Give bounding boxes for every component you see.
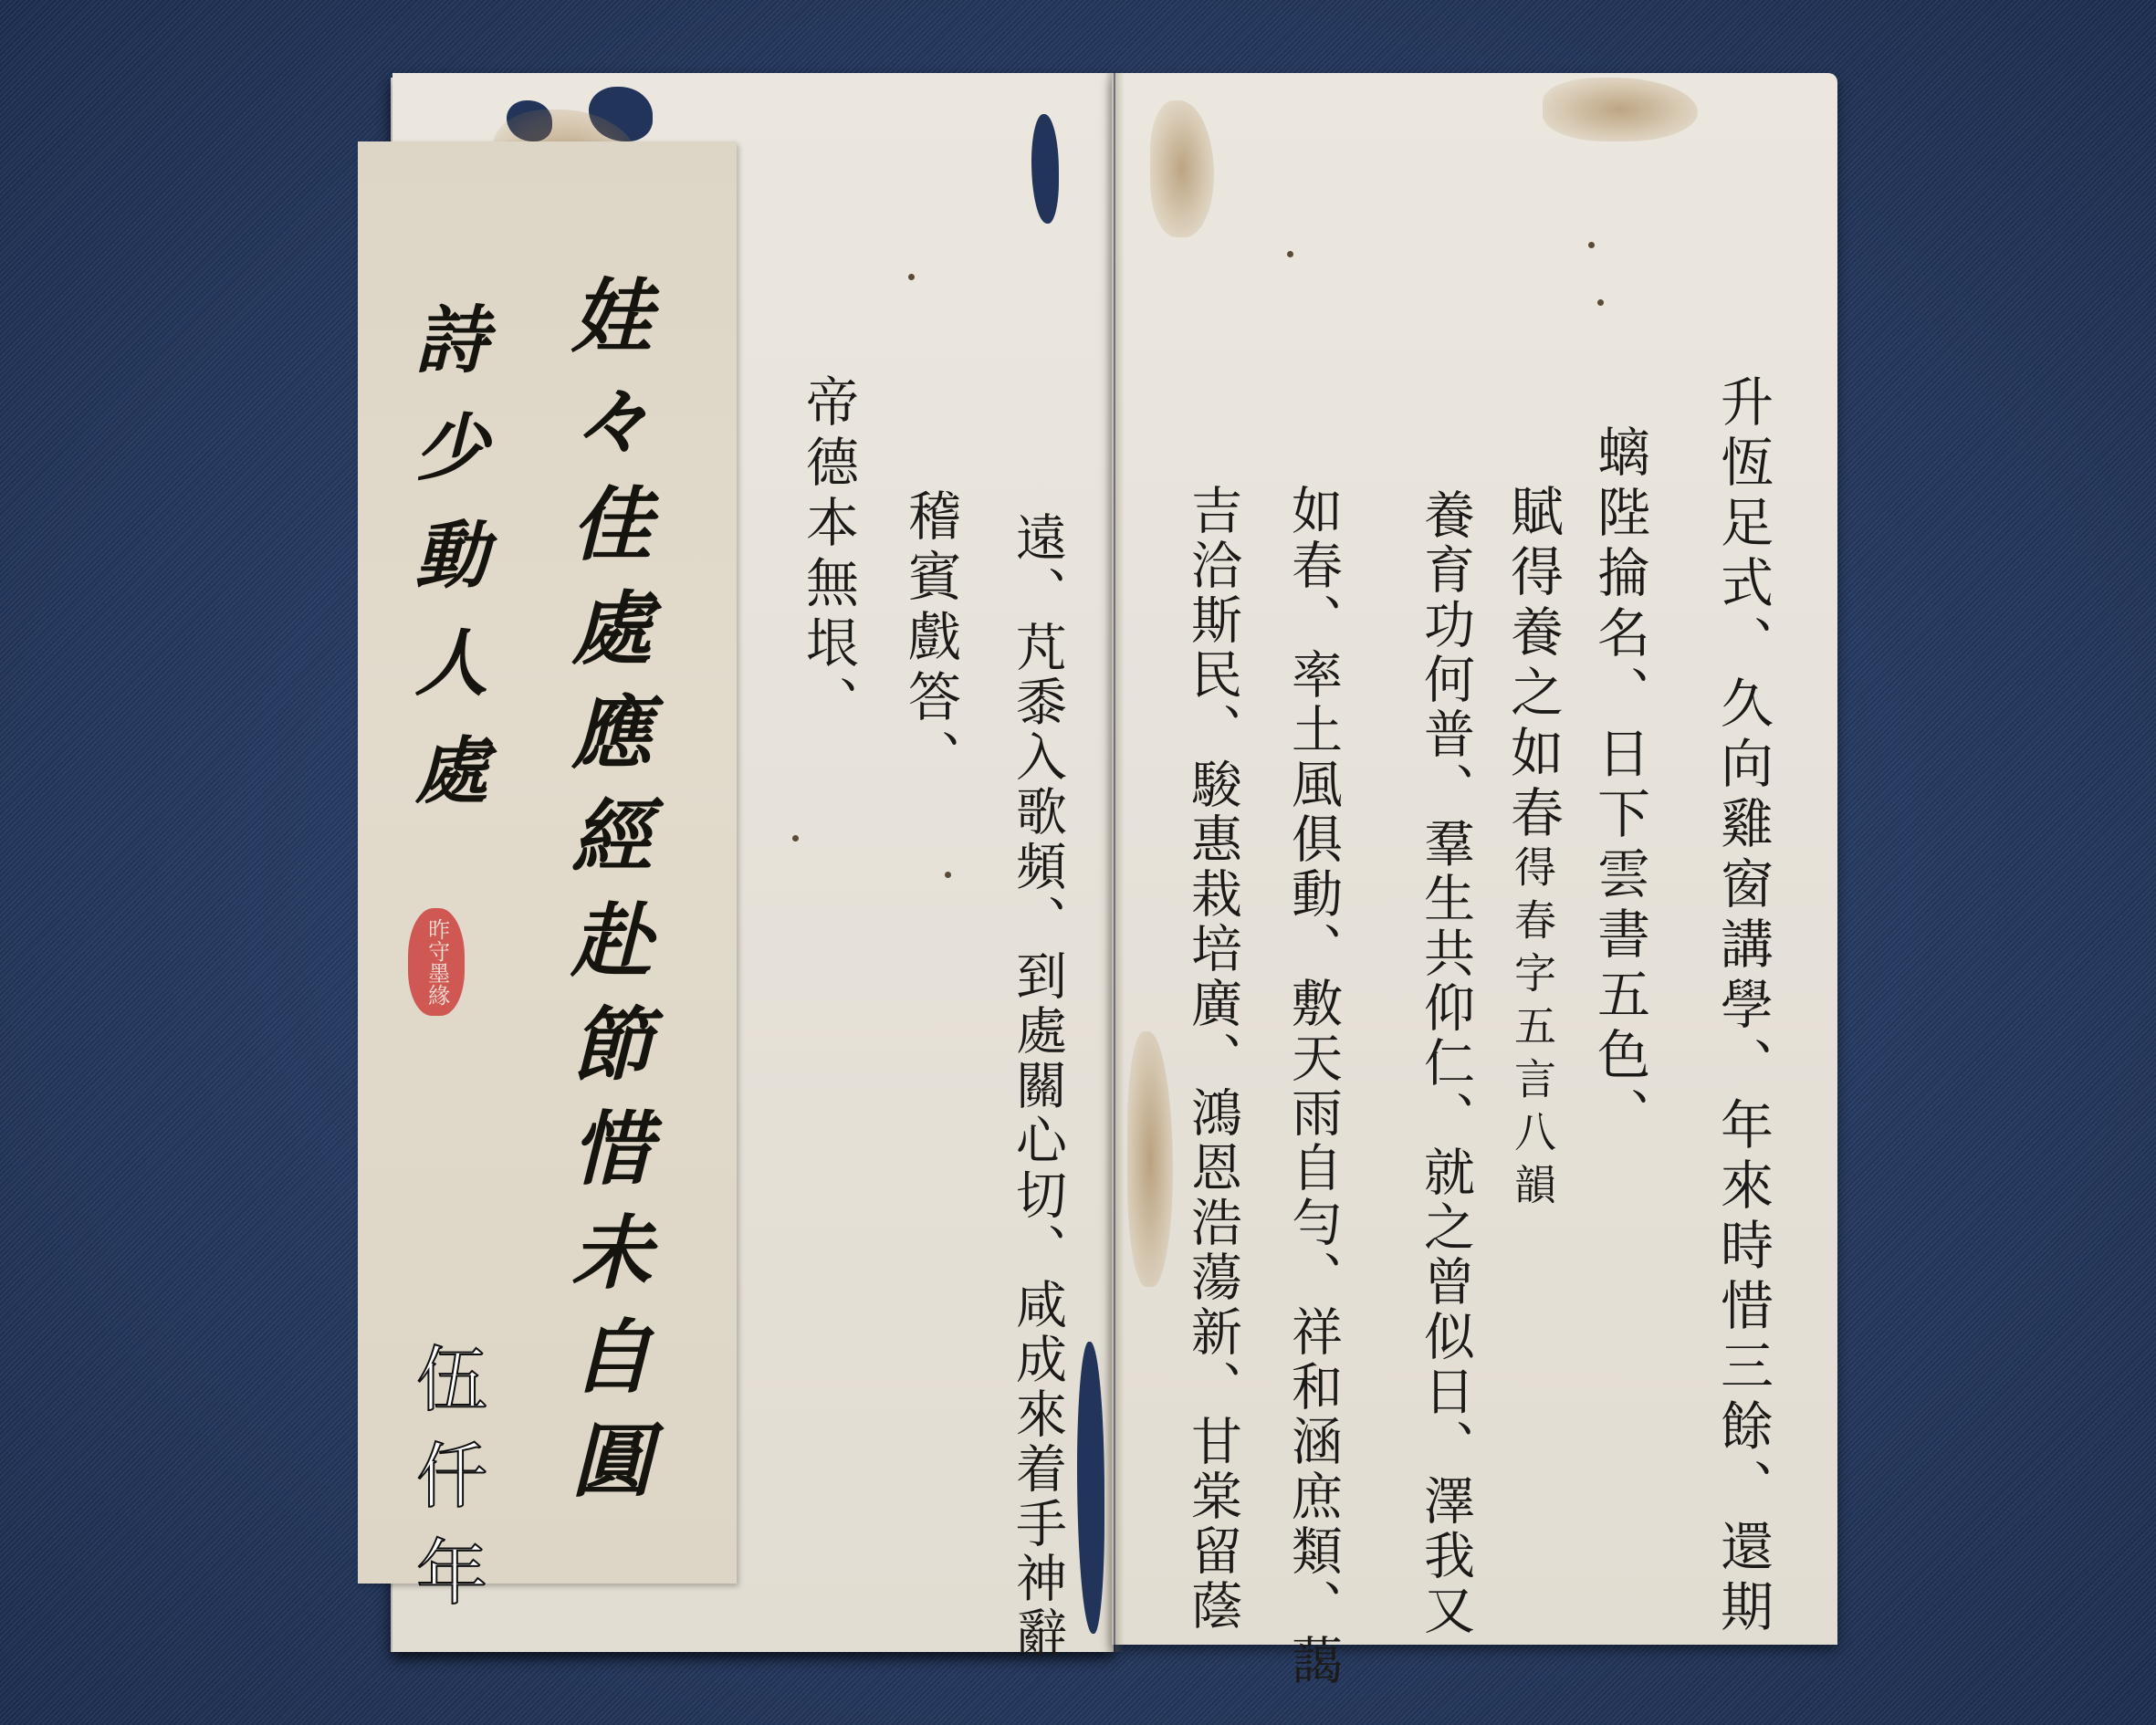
right-page-column-1: 升恆足式、久向雞窗講學、年來時惜三餘、還期 [1716,374,1769,1639]
right-page-column-5: 如春、率土風俱動、敷天雨自勻、祥和涵庶類、藹 [1287,484,1338,1688]
red-seal-stamp: 昨守墨緣 [408,908,465,1016]
ink-spot [1287,251,1293,257]
poem-title: 賦得養之如春 [1502,484,1564,845]
right-page-column-3: 賦得養之如春得春字五言八韻 [1506,484,1559,1216]
poem-subtitle-rhyme-note: 得春字五言八韻 [1508,845,1557,1216]
ink-spot [1588,242,1595,248]
ink-spot [792,835,799,842]
slip-column-2: 詩少動人處 [409,301,482,840]
left-page-column-1: 遠、芃黍入歌頻、到處關心切、咸成來着手神辭 [1011,511,1062,1661]
left-page-column-2: 稽賓戲答、 [904,488,957,789]
left-page-column-3: 帝德本無垠、 [801,374,854,736]
ink-spot [908,274,915,280]
right-page-column-2: 螭陛掄名、日下雲書五色、 [1593,424,1646,1147]
ink-spot [1597,299,1604,306]
center-fold-tear [1104,73,1125,1652]
right-page-column-6: 吉洽斯民、駿惠栽培廣、鴻恩浩蕩新、甘棠留蔭 [1187,484,1238,1634]
slip-column-1: 娃々佳處應經赴節惜未自圓 [566,274,646,1522]
ink-spot [945,872,951,878]
right-page-column-4: 養育功何普、羣生共仰仁、就之曾似日、澤我又 [1419,488,1470,1638]
watermark-text: 伍仟年 [394,1342,497,1632]
